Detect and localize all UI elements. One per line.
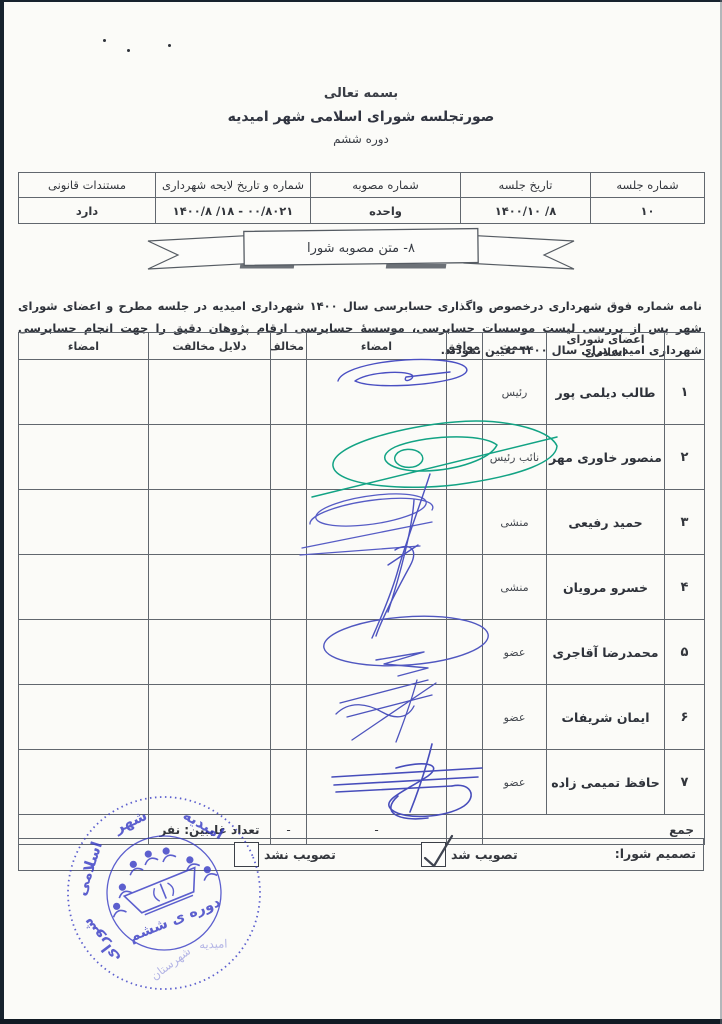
info-header-row: شماره جلسه تاریخ جلسه شماره مصوبه شماره … bbox=[19, 173, 705, 198]
table-row: ۱ طالب دیلمی پور رئیس bbox=[19, 360, 705, 425]
signature-cell bbox=[307, 685, 447, 750]
signature2-cell bbox=[19, 685, 149, 750]
reasons-cell bbox=[149, 750, 271, 815]
bismillah-text: بسمه تعالی bbox=[0, 86, 722, 101]
table-row: ۳ حمید رفیعی منشی bbox=[19, 490, 705, 555]
scan-edge-bottom bbox=[0, 1019, 722, 1024]
member-position: منشی bbox=[483, 490, 547, 555]
reasons-cell bbox=[149, 685, 271, 750]
info-header-legal-docs: مستندات قانونی bbox=[19, 173, 156, 198]
members-votes-table: اعضای شورای اسلامی سمت موافق امضاء مخالف… bbox=[18, 332, 705, 845]
oppose-cell bbox=[271, 750, 307, 815]
col-header-agree: موافق bbox=[447, 333, 483, 360]
info-value-legal-docs: دارد bbox=[19, 198, 156, 224]
signature2-cell bbox=[19, 425, 149, 490]
oppose-cell bbox=[271, 490, 307, 555]
col-header-row-number bbox=[665, 333, 705, 360]
signature2-cell bbox=[19, 555, 149, 620]
table-row: ۶ ایمان شریفات عضو bbox=[19, 685, 705, 750]
info-value-resolution-number: واحده bbox=[311, 198, 461, 224]
info-values-row: ۱۰ ۱۴۰۰/۱۰ /۸ واحده ۱۴۰۰/۸ /۱۸ - ۰۰/۸۰۲۱… bbox=[19, 198, 705, 224]
member-name: طالب دیلمی پور bbox=[547, 360, 665, 425]
ribbon-banner: ۸- متن مصوبه شورا bbox=[140, 224, 582, 272]
scan-edge-top bbox=[0, 0, 722, 2]
approved-checkbox bbox=[421, 842, 446, 867]
ribbon-title: ۸- متن مصوبه شورا bbox=[307, 241, 415, 256]
member-position: منشی bbox=[483, 555, 547, 620]
row-number: ۳ bbox=[665, 490, 705, 555]
col-header-opposition-reasons: دلایل مخالفت bbox=[149, 333, 271, 360]
agree-cell bbox=[447, 490, 483, 555]
col-header-oppose: مخالف bbox=[271, 333, 307, 360]
info-header-bill-number-date: شماره و تاریخ لایحه شهرداری bbox=[156, 173, 311, 198]
row-number: ۵ bbox=[665, 620, 705, 685]
info-header-resolution-number: شماره مصوبه bbox=[311, 173, 461, 198]
col-header-members: اعضای شورای اسلامی bbox=[547, 333, 665, 360]
member-position: عضو bbox=[483, 750, 547, 815]
signature-cell bbox=[307, 360, 447, 425]
stamp-band-text: دوره ی ششم bbox=[127, 894, 223, 945]
oppose-cell bbox=[271, 685, 307, 750]
ink-speck bbox=[103, 39, 106, 42]
session-info-table: شماره جلسه تاریخ جلسه شماره مصوبه شماره … bbox=[18, 172, 705, 224]
page-title: صورتجلسه شورای اسلامی شهر امیدیه bbox=[0, 109, 722, 125]
ink-speck bbox=[168, 44, 171, 47]
rejected-label: تصویب نشد bbox=[264, 847, 336, 862]
scanned-council-minutes-page: { "heading": { "bismillah": "بسمه تعالی"… bbox=[0, 0, 722, 1024]
ribbon-shadow-right bbox=[386, 264, 447, 269]
signature2-cell bbox=[19, 490, 149, 555]
table-row: ۷ حافظ تمیمی زاده عضو bbox=[19, 750, 705, 815]
agree-cell bbox=[447, 555, 483, 620]
ribbon-tail-left bbox=[148, 235, 258, 269]
signature-cell bbox=[307, 425, 447, 490]
member-position: نائب رئیس bbox=[483, 425, 547, 490]
reasons-cell bbox=[149, 490, 271, 555]
member-position: عضو bbox=[483, 620, 547, 685]
rejected-checkbox bbox=[234, 842, 259, 867]
oppose-cell bbox=[271, 425, 307, 490]
member-position: رئیس bbox=[483, 360, 547, 425]
stamp-arc-text-bottom: شهرستان امیدیه bbox=[143, 928, 234, 986]
row-number: ۲ bbox=[665, 425, 705, 490]
row-number: ۶ bbox=[665, 685, 705, 750]
reasons-cell bbox=[149, 425, 271, 490]
info-value-session-date: ۱۴۰۰/۱۰ /۸ bbox=[461, 198, 591, 224]
table-row: ۴ خسرو مرویان منشی bbox=[19, 555, 705, 620]
decision-label: تصمیم شورا: bbox=[615, 846, 696, 861]
member-position: عضو bbox=[483, 685, 547, 750]
members-header-row: اعضای شورای اسلامی سمت موافق امضاء مخالف… bbox=[19, 333, 705, 360]
agree-cell bbox=[447, 620, 483, 685]
signature2-cell bbox=[19, 750, 149, 815]
document-heading: بسمه تعالی صورتجلسه شورای اسلامی شهر امی… bbox=[0, 86, 722, 146]
signature-cell bbox=[307, 490, 447, 555]
agree-cell bbox=[447, 360, 483, 425]
signature2-cell bbox=[19, 620, 149, 685]
ink-speck bbox=[127, 49, 130, 52]
svg-text:شورای: شورای bbox=[78, 915, 123, 967]
svg-text:شهرستان: شهرستان bbox=[148, 944, 194, 984]
row-number: ۷ bbox=[665, 750, 705, 815]
signature-cell bbox=[307, 555, 447, 620]
table-row: ۵ محمدرضا آقاجری عضو bbox=[19, 620, 705, 685]
council-decision-row: تصمیم شورا: تصویب شد تصویب نشد bbox=[18, 838, 704, 871]
signature2-cell bbox=[19, 360, 149, 425]
col-header-position: سمت bbox=[483, 333, 547, 360]
oppose-cell bbox=[271, 555, 307, 620]
member-name: حافظ تمیمی زاده bbox=[547, 750, 665, 815]
scan-edge-left bbox=[0, 0, 4, 1024]
table-row: ۲ منصور خاوری مهر نائب رئیس bbox=[19, 425, 705, 490]
member-name: منصور خاوری مهر bbox=[547, 425, 665, 490]
svg-text:امیدیه: امیدیه bbox=[199, 936, 228, 951]
reasons-cell bbox=[149, 620, 271, 685]
rejected-option: تصویب نشد bbox=[234, 842, 336, 867]
ribbon-tail-right bbox=[464, 235, 574, 269]
member-name: حمید رفیعی bbox=[547, 490, 665, 555]
row-number: ۴ bbox=[665, 555, 705, 620]
info-value-bill-number-date: ۱۴۰۰/۸ /۱۸ - ۰۰/۸۰۲۱ bbox=[156, 198, 311, 224]
reasons-cell bbox=[149, 555, 271, 620]
oppose-cell bbox=[271, 620, 307, 685]
member-name: ایمان شریفات bbox=[547, 685, 665, 750]
member-name: محمدرضا آقاجری bbox=[547, 620, 665, 685]
oppose-cell bbox=[271, 360, 307, 425]
row-number: ۱ bbox=[665, 360, 705, 425]
approved-option: تصویب شد bbox=[421, 842, 518, 867]
term-subtitle: دوره ششم bbox=[0, 132, 722, 146]
info-header-session-date: تاریخ جلسه bbox=[461, 173, 591, 198]
signature-cell bbox=[307, 620, 447, 685]
agree-cell bbox=[447, 750, 483, 815]
col-header-signature: امضاء bbox=[307, 333, 447, 360]
info-header-session-number: شماره جلسه bbox=[591, 173, 705, 198]
agree-cell bbox=[447, 685, 483, 750]
col-header-signature2: امضاء bbox=[19, 333, 149, 360]
emblem-allah-icon bbox=[160, 884, 166, 899]
signature-cell bbox=[307, 750, 447, 815]
approved-label: تصویب شد bbox=[451, 847, 518, 862]
agree-cell bbox=[447, 425, 483, 490]
info-value-session-number: ۱۰ bbox=[591, 198, 705, 224]
member-name: خسرو مرویان bbox=[547, 555, 665, 620]
reasons-cell bbox=[149, 360, 271, 425]
